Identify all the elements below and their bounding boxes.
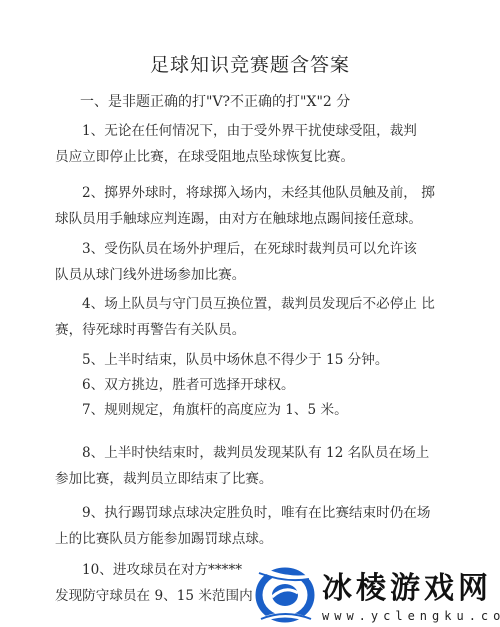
- section-heading: 一、是非题正确的打"V?不正确的打"X"2 分: [80, 91, 350, 111]
- question-line: 6、双方挑边，胜者可选择开球权。: [55, 372, 455, 398]
- question-9: 9、执行踢罚球点球决定胜负时，唯有在比赛结束时仍在场 上的比赛队员方能参加踢罚球…: [55, 500, 455, 552]
- question-7: 7、规则规定，角旗杆的高度应为 1、5 米。: [55, 397, 455, 423]
- question-line: 队员从球门线外进场参加比赛。: [55, 262, 455, 288]
- watermark-url: www.yclengku.com: [322, 609, 500, 623]
- document-page: 足球知识竞赛题含答案 一、是非题正确的打"V?不正确的打"X"2 分 1、无论在…: [0, 0, 500, 627]
- question-line: 8、上半时快结束时，裁判员发现某队有 12 名队员在场上: [55, 440, 455, 466]
- question-4: 4、场上队员与守门员互换位置，裁判员发现后不必停止 比 赛，待死球时再警告有关队…: [55, 291, 455, 343]
- watermark-site-name: 冰棱游戏网: [322, 563, 492, 607]
- question-2: 2、掷界外球时，将球掷入场内，未经其他队员触及前， 掷 球队员用手触球应判连踢，…: [55, 180, 455, 232]
- question-8: 8、上半时快结束时，裁判员发现某队有 12 名队员在场上 参加比赛，裁判员立即结…: [55, 440, 455, 492]
- document-title: 足球知识竞赛题含答案: [0, 50, 500, 77]
- question-line: 员应立即停止比赛，在球受阻地点坠球恢复比赛。: [55, 144, 455, 170]
- question-line: 3、受伤队员在场外护理后，在死球时裁判员可以允许该: [55, 236, 455, 262]
- question-6: 6、双方挑边，胜者可选择开球权。: [55, 372, 455, 398]
- site-watermark: 冰棱游戏网 www.yclengku.com: [252, 563, 500, 627]
- question-3: 3、受伤队员在场外护理后，在死球时裁判员可以允许该 队员从球门线外进场参加比赛。: [55, 236, 455, 288]
- question-line: 参加比赛，裁判员立即结束了比赛。: [55, 466, 455, 492]
- question-line: 7、规则规定，角旗杆的高度应为 1、5 米。: [55, 397, 455, 423]
- question-line: 2、掷界外球时，将球掷入场内，未经其他队员触及前， 掷: [55, 180, 455, 206]
- question-line: 9、执行踢罚球点球决定胜负时，唯有在比赛结束时仍在场: [55, 500, 455, 526]
- question-line: 球队员用手触球应判连踢，由对方在触球地点踢间接任意球。: [55, 206, 455, 232]
- question-5: 5、上半时结束，队员中场休息不得少于 15 分钟。: [55, 347, 455, 373]
- question-line: 上的比赛队员方能参加踢罚球点球。: [55, 526, 455, 552]
- question-line: 4、场上队员与守门员互换位置，裁判员发现后不必停止 比: [55, 291, 455, 317]
- site-logo-icon: [255, 563, 315, 627]
- question-1: 1、无论在任何情况下，由于受外界干扰使球受阻，裁判 员应立即停止比赛，在球受阻地…: [55, 118, 455, 170]
- question-line: 1、无论在任何情况下，由于受外界干扰使球受阻，裁判: [55, 118, 455, 144]
- question-line: 赛，待死球时再警告有关队员。: [55, 317, 455, 343]
- question-line: 5、上半时结束，队员中场休息不得少于 15 分钟。: [55, 347, 455, 373]
